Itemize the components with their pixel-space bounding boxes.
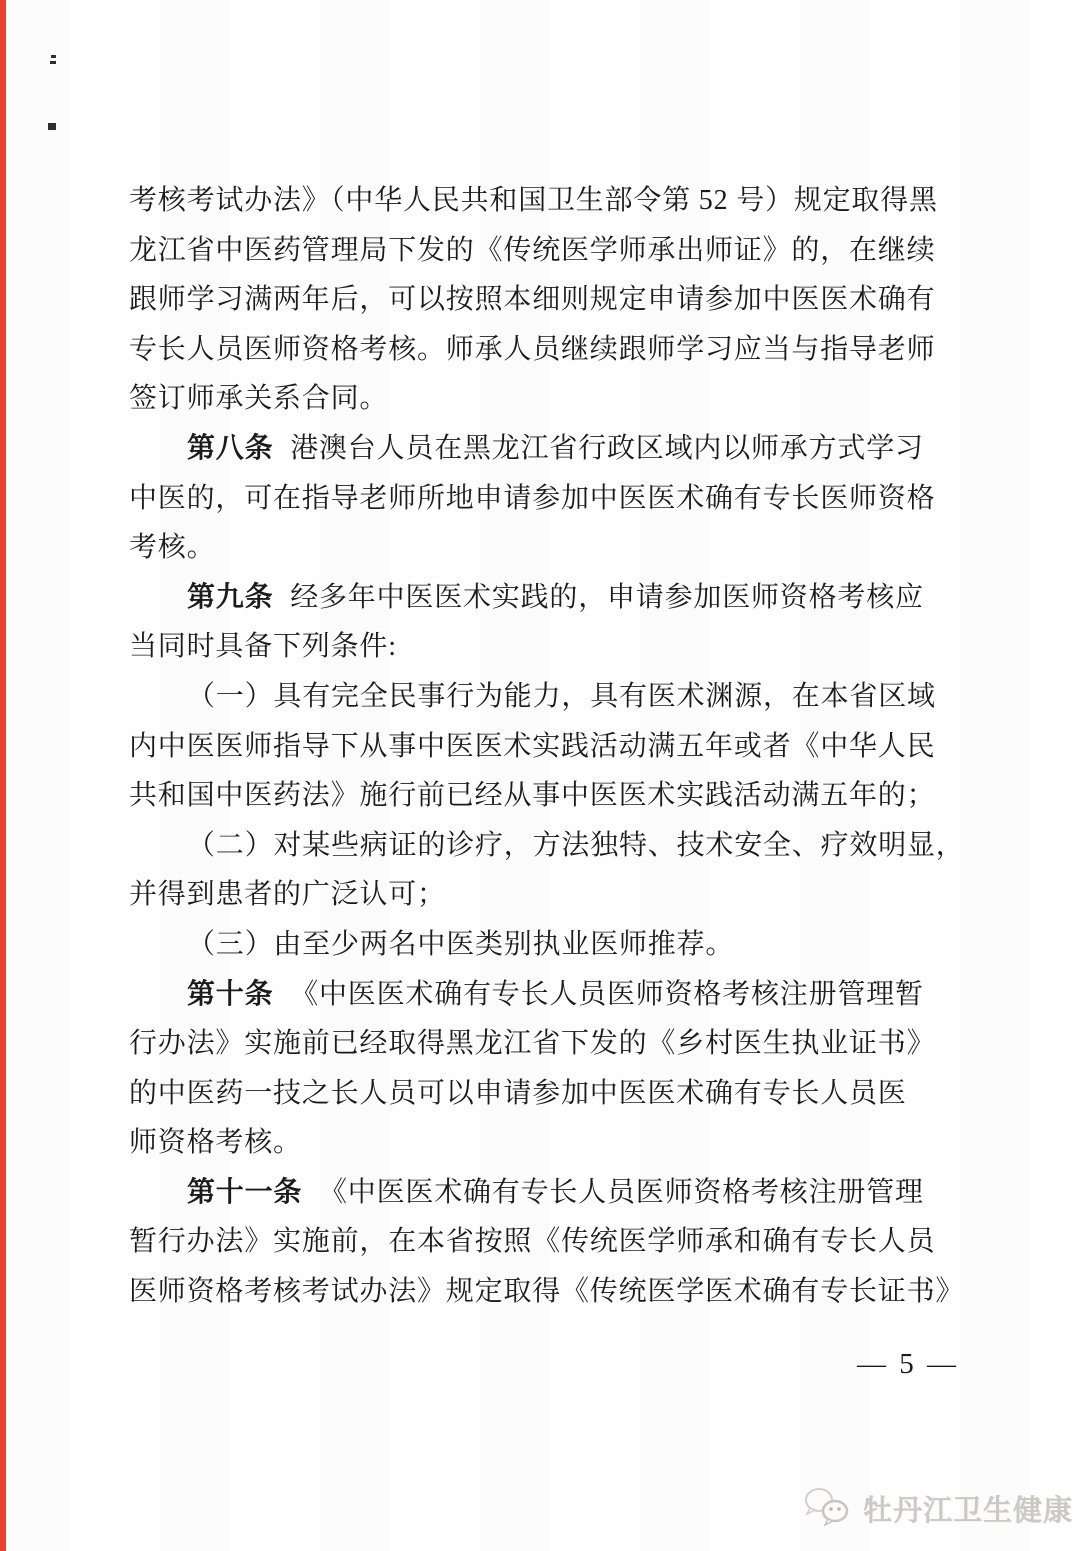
document-line-article-10: 第十条《中医医术确有专长人员医师资格考核注册管理暂 — [129, 970, 963, 1020]
line-text: 《中医医术确有专长人员医师资格考核注册管理 — [319, 1177, 924, 1208]
document-line: 医师资格考核考试办法》规定取得《传统医学医术确有专长证书》 — [129, 1267, 963, 1317]
article-number: 第十条 — [187, 979, 273, 1010]
line-text: 医师资格考核考试办法》规定取得《传统医学医术确有专长证书》 — [129, 1276, 964, 1307]
watermark-label: 牡丹江卫生健康 — [863, 1488, 1073, 1529]
line-text: 暂行办法》实施前，在本省按照《传统医学师承和确有专长人员 — [129, 1226, 935, 1257]
line-text: 龙江省中医药管理局下发的《传统医学师承出师证》的，在继续 — [129, 235, 935, 266]
scan-speck — [50, 61, 56, 64]
line-text: 跟师学习满两年后，可以按照本细则规定申请参加中医医术确有 — [129, 284, 935, 315]
document-line-article-8: 第八条港澳台人员在黑龙江省行政区域内以师承方式学习 — [129, 424, 963, 474]
page-number: — 5 — — [129, 1342, 959, 1386]
document-line-item-1: （一）具有完全民事行为能力，具有医术渊源，在本省区域 — [129, 672, 963, 722]
line-text: 当同时具备下列条件: — [129, 631, 397, 662]
line-text: （三）由至少两名中医类别执业医师推荐。 — [187, 929, 734, 960]
line-text: 签订师承关系合同。 — [129, 383, 388, 414]
article-number: 第八条 — [187, 433, 273, 464]
document-line: 中医的，可在指导老师所地申请参加中医医术确有专长医师资格 — [129, 474, 963, 524]
watermark: 牡丹江卫生健康 — [802, 1484, 1073, 1532]
line-text: 共和国中医药法》施行前已经从事中医医术实践活动满五年的； — [129, 780, 935, 811]
document-line: 行办法》实施前已经取得黑龙江省下发的《乡村医生执业证书》 — [129, 1019, 963, 1069]
document-line: 考核考试办法》（中华人民共和国卫生部令第 52 号）规定取得黑 — [129, 176, 963, 226]
document-line: 考核。 — [129, 523, 963, 573]
document-line-item-2: （二）对某些病证的诊疗，方法独特、技术安全、疗效明显， — [129, 821, 963, 871]
document-line: 当同时具备下列条件: — [129, 622, 963, 672]
document-line: 共和国中医药法》施行前已经从事中医医术实践活动满五年的； — [129, 771, 963, 821]
article-number: 第九条 — [187, 582, 273, 613]
document-body: 考核考试办法》（中华人民共和国卫生部令第 52 号）规定取得黑 龙江省中医药管理… — [129, 176, 963, 1317]
line-text: 《中医医术确有专长人员医师资格考核注册管理暂 — [290, 979, 924, 1010]
document-line: 内中医医师指导下从事中医医术实践活动满五年或者《中华人民 — [129, 722, 963, 772]
article-number: 第十一条 — [187, 1177, 302, 1208]
line-text: 经多年中医医术实践的，申请参加医师资格考核应 — [290, 582, 924, 613]
document-line-article-9: 第九条经多年中医医术实践的，申请参加医师资格考核应 — [129, 573, 963, 623]
scan-speck — [51, 55, 56, 58]
line-text: 行办法》实施前已经取得黑龙江省下发的《乡村医生执业证书》 — [129, 1028, 935, 1059]
line-text: 并得到患者的广泛认可； — [129, 879, 446, 910]
document-line: 签订师承关系合同。 — [129, 374, 963, 424]
line-text: 考核考试办法》（中华人民共和国卫生部令第 52 号）规定取得黑 — [129, 185, 938, 216]
line-text: 内中医医师指导下从事中医医术实践活动满五年或者《中华人民 — [129, 731, 935, 762]
left-red-stripe — [0, 0, 6, 1551]
line-text: 的中医药一技之长人员可以申请参加中医医术确有专长人员医 — [129, 1078, 907, 1109]
document-line: 暂行办法》实施前，在本省按照《传统医学师承和确有专长人员 — [129, 1217, 963, 1267]
line-text: 港澳台人员在黑龙江省行政区域内以师承方式学习 — [290, 433, 924, 464]
document-line: 并得到患者的广泛认可； — [129, 870, 963, 920]
line-text: 中医的，可在指导老师所地申请参加中医医术确有专长医师资格 — [129, 483, 935, 514]
line-text: 考核。 — [129, 532, 215, 563]
line-text: （一）具有完全民事行为能力，具有医术渊源，在本省区域 — [187, 681, 936, 712]
document-line-item-3: （三）由至少两名中医类别执业医师推荐。 — [129, 920, 963, 970]
line-text: 师资格考核。 — [129, 1127, 302, 1158]
line-text: （二）对某些病证的诊疗，方法独特、技术安全、疗效明显， — [187, 830, 965, 861]
document-line: 龙江省中医药管理局下发的《传统医学师承出师证》的，在继续 — [129, 226, 963, 276]
document-line: 的中医药一技之长人员可以申请参加中医医术确有专长人员医 — [129, 1069, 963, 1119]
document-line: 师资格考核。 — [129, 1118, 963, 1168]
document-line-article-11: 第十一条《中医医术确有专长人员医师资格考核注册管理 — [129, 1168, 963, 1218]
wechat-chat-bubbles-icon — [802, 1486, 854, 1530]
document-line: 专长人员医师资格考核。师承人员继续跟师学习应当与指导老师 — [129, 325, 963, 375]
scan-speck — [48, 123, 56, 130]
line-text: 专长人员医师资格考核。师承人员继续跟师学习应当与指导老师 — [129, 334, 935, 365]
document-line: 跟师学习满两年后，可以按照本细则规定申请参加中医医术确有 — [129, 275, 963, 325]
